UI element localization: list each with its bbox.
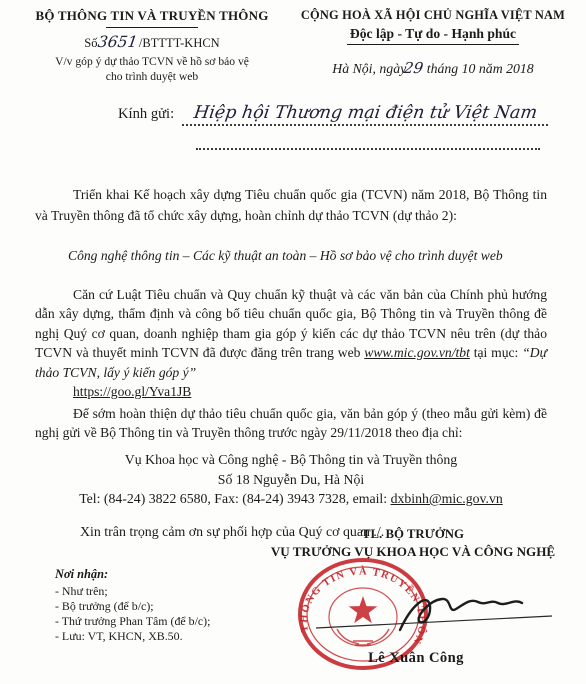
recipient-dotted-line: [196, 132, 540, 150]
document-number: Số3651/BTTTT-KHCN: [26, 33, 278, 51]
document-subject: V/v góp ý dự thảo TCVN về hồ sơ bảo vệ c…: [26, 55, 278, 84]
mic-web-url: www.mic.gov.vn/tbt: [364, 345, 470, 360]
recipients-list-item: - Thứ trưởng Phan Tâm (để b/c);: [55, 614, 210, 629]
recipients-list-item: - Lưu: VT, KHCN, XB.50.: [55, 629, 210, 644]
contact-email: dxbinh@mic.gov.vn: [391, 491, 503, 506]
standard-title: Công nghệ thông tin – Các kỹ thuật an to…: [68, 246, 526, 266]
recipients-list-label: Nơi nhận:: [55, 567, 210, 582]
ministry-underline: [106, 27, 198, 28]
paragraph-intro: Triển khai Kế hoạch xây dựng Tiêu chuẩn …: [35, 184, 547, 226]
paragraph-deadline: Để sớm hoàn thiện dự thảo tiêu chuẩn quố…: [35, 404, 547, 443]
national-header-block: CỘNG HOÀ XÃ HỘI CHỦ NGHĨA VIỆT NAM Độc l…: [286, 8, 580, 77]
national-title: CỘNG HOÀ XÃ HỘI CHỦ NGHĨA VIỆT NAM: [286, 8, 580, 23]
recipient-label: Kính gửi:: [118, 106, 174, 126]
paragraph-request: Căn cứ Luật Tiêu chuẩn và Quy chuẩn kỹ t…: [35, 285, 547, 402]
subject-line-1: V/v góp ý dự thảo TCVN về hồ sơ bảo vệ: [26, 55, 278, 70]
signature-line: [316, 616, 552, 628]
doc-number-suffix: /BTTTT-KHCN: [139, 36, 220, 50]
doc-number-handwritten: 3651: [97, 33, 139, 51]
place-date-prefix: Hà Nội, ngày: [332, 61, 406, 76]
signature-scribble: [400, 599, 522, 630]
contact-address-block: Vụ Khoa học và Công nghệ - Bộ Thông tin …: [35, 450, 547, 509]
address-line-department: Vụ Khoa học và Công nghệ - Bộ Thông tin …: [35, 450, 547, 470]
address-line-street: Số 18 Nguyễn Du, Hà Nội: [35, 470, 547, 490]
recipients-list-item: - Bộ trưởng (để b/c);: [55, 599, 210, 614]
recipient-handwritten-line: Hiệp hội Thương mại điện tử Việt Nam: [182, 103, 548, 126]
contact-line: Tel: (84-24) 3822 6580, Fax: (84-24) 394…: [35, 489, 547, 509]
handwritten-signature: [300, 588, 562, 644]
subject-line-2: cho trình duyệt web: [26, 70, 278, 85]
recipients-list-item: - Như trên;: [55, 584, 210, 599]
place-date-suffix: tháng 10 năm 2018: [423, 61, 533, 76]
signer-name: Lê Xuân Công: [328, 650, 504, 667]
official-letter-page: BỘ THÔNG TIN VÀ TRUYỀN THÔNG Số3651/BTTT…: [0, 0, 586, 684]
ministry-name: BỘ THÔNG TIN VÀ TRUYỀN THÔNG: [26, 8, 278, 24]
date-handwritten: 29: [403, 59, 425, 77]
paragraph-request-mid: tại mục:: [470, 345, 522, 360]
issuing-ministry-block: BỘ THÔNG TIN VÀ TRUYỀN THÔNG Số3651/BTTT…: [26, 8, 278, 84]
on-behalf-title: TL. BỘ TRƯỞNG: [248, 527, 578, 542]
national-motto: Độc lập - Tự do - Hạnh phúc: [347, 26, 519, 45]
recipient-handwritten-name: Hiệp hội Thương mại điện tử Việt Nam: [192, 103, 538, 123]
short-url: https://goo.gl/Yva1JB: [35, 382, 547, 402]
doc-number-prefix: Số: [84, 36, 97, 50]
recipient-row: Kính gửi: Hiệp hội Thương mại điện tử Vi…: [118, 103, 548, 126]
place-and-date: Hà Nội, ngày29 tháng 10 năm 2018: [286, 59, 580, 77]
recipients-list: Nơi nhận: - Như trên; - Bộ trưởng (để b/…: [55, 567, 210, 644]
contact-phone-fax: Tel: (84-24) 3822 6580, Fax: (84-24) 394…: [79, 491, 390, 506]
